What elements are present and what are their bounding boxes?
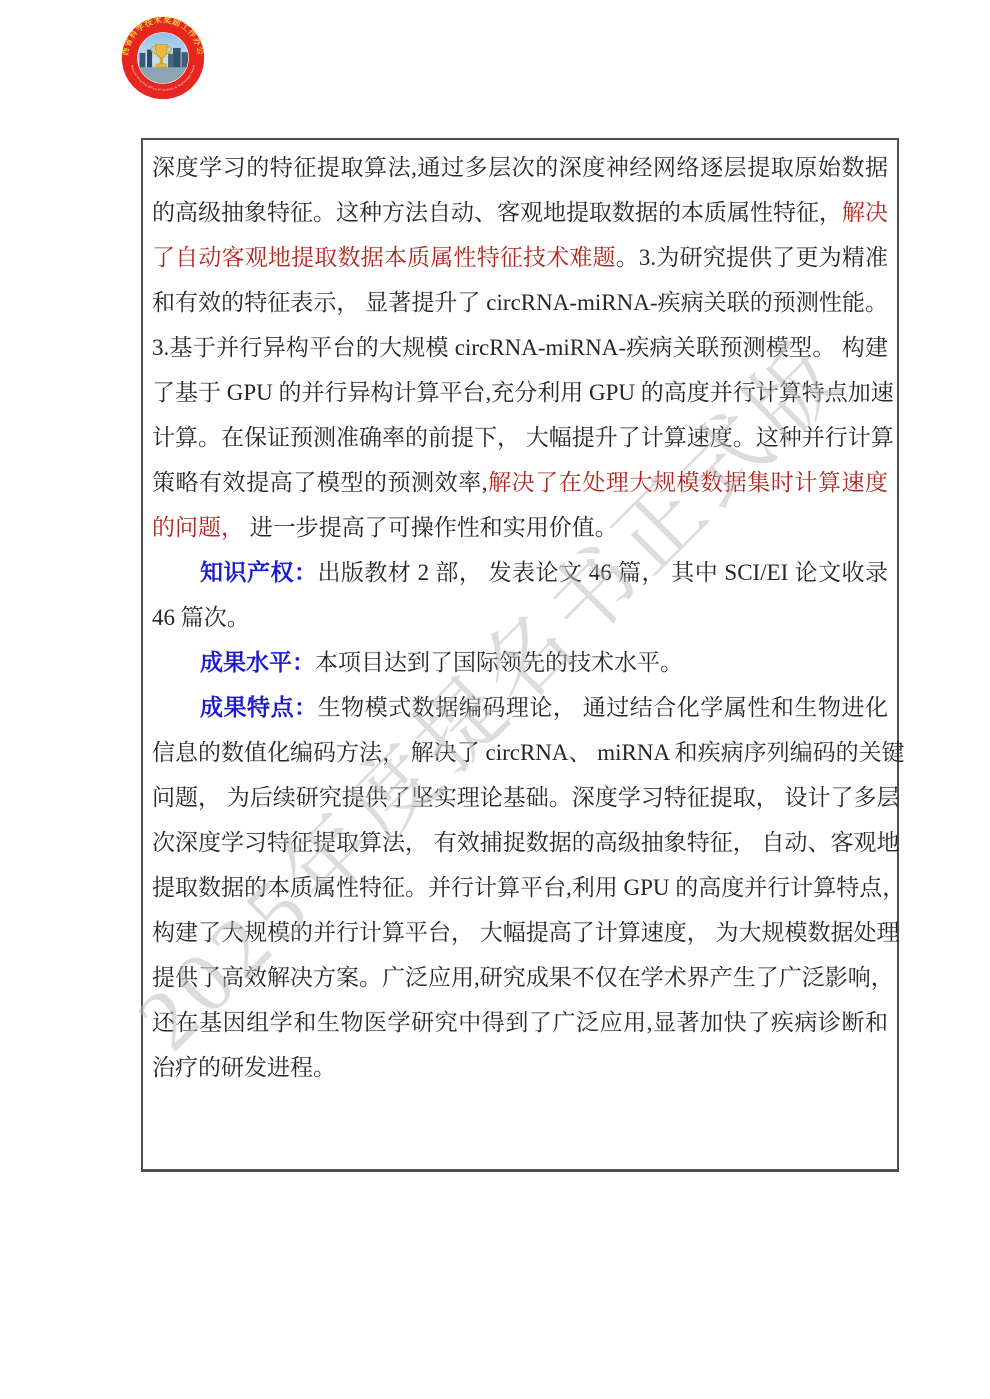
text-segment-red: 的问题，	[152, 515, 244, 540]
text-segment-body: 提取数据的本质属性特征。并行计算平台,利用 GPU 的高度并行计算特点，	[152, 875, 905, 900]
text-segment-body: 深度学习的特征提取算法,通过多层次的深度神经网络逐层提取原始数据	[152, 155, 888, 180]
text-line-18: 构建了大规模的并行计算平台， 大幅提高了计算速度， 为大规模数据处理	[152, 910, 888, 955]
text-line-10: 知识产权：出版教材 2 部， 发表论文 46 篇， 其中 SCI/EI 论文收录	[152, 550, 888, 595]
office-seal-logo: 陕西省科学技术奖励工作办公室 Shaanxi Province Office O…	[121, 16, 205, 100]
text-line-4: 和有效的特征表示， 显著提升了 circRNA-miRNA-疾病关联的预测性能。	[152, 280, 888, 325]
text-line-11: 46 篇次。	[152, 595, 888, 640]
text-line-8: 策略有效提高了模型的预测效率,解决了在处理大规模数据集时计算速度	[152, 460, 888, 505]
text-segment-body: 。3.为研究提供了更为精准	[616, 245, 888, 270]
text-line-14: 信息的数值化编码方法， 解决了 circRNA、 miRNA 和疾病序列编码的关…	[152, 730, 888, 775]
text-segment-body: 提供了高效解决方案。广泛应用,研究成果不仅在学术界产生了广泛影响，	[152, 965, 894, 990]
text-segment-red: 了自动客观地提取数据本质属性特征技术难题	[152, 245, 616, 270]
text-segment-body: 问题， 为后续研究提供了坚实理论基础。深度学习特征提取， 设计了多层	[152, 785, 900, 810]
text-line-6: 了基于 GPU 的并行异构计算平台,充分利用 GPU 的高度并行计算特点加速	[152, 370, 888, 415]
text-line-13: 成果特点：生物模式数据编码理论， 通过结合化学属性和生物进化	[152, 685, 888, 730]
text-segment-body: 进一步提高了可操作性和实用价值。	[244, 515, 618, 540]
text-line-5: 3.基于并行异构平台的大规模 circRNA-miRNA-疾病关联预测模型。 构…	[152, 325, 888, 370]
text-line-3: 了自动客观地提取数据本质属性特征技术难题。3.为研究提供了更为精准	[152, 235, 888, 280]
text-segment-blue: 知识产权：	[200, 560, 317, 585]
text-segment-body: 的高级抽象特征。这种方法自动、客观地提取数据的本质属性特征，	[152, 200, 842, 225]
text-segment-body: 策略有效提高了模型的预测效率,	[152, 470, 488, 495]
text-segment-red: 解决	[842, 200, 888, 225]
text-segment-body: 治疗的研发进程。	[152, 1055, 336, 1080]
text-segment-blue: 成果水平：	[200, 650, 315, 675]
text-segment-body: 构建了大规模的并行计算平台， 大幅提高了计算速度， 为大规模数据处理	[152, 920, 900, 945]
text-line-15: 问题， 为后续研究提供了坚实理论基础。深度学习特征提取， 设计了多层	[152, 775, 888, 820]
seal-photo	[138, 33, 188, 83]
text-line-17: 提取数据的本质属性特征。并行计算平台,利用 GPU 的高度并行计算特点，	[152, 865, 888, 910]
text-segment-body: 和有效的特征表示， 显著提升了 circRNA-miRNA-疾病关联的预测性能。	[152, 290, 888, 315]
document-text-cell: 深度学习的特征提取算法,通过多层次的深度神经网络逐层提取原始数据的高级抽象特征。…	[141, 138, 899, 1172]
text-line-7: 计算。在保证预测准确率的前提下， 大幅提升了计算速度。这种并行计算	[152, 415, 888, 460]
text-segment-body: 46 篇次。	[152, 605, 250, 630]
text-line-12: 成果水平：本项目达到了国际领先的技术水平。	[152, 640, 888, 685]
text-line-16: 次深度学习特征提取算法， 有效捕捉数据的高级抽象特征， 自动、客观地	[152, 820, 888, 865]
document-page: 陕西省科学技术奖励工作办公室 Shaanxi Province Office O…	[0, 0, 990, 1399]
text-line-21: 治疗的研发进程。	[152, 1045, 888, 1090]
text-segment-body: 出版教材 2 部， 发表论文 46 篇， 其中 SCI/EI 论文收录	[317, 560, 888, 585]
seal-graphic: 陕西省科学技术奖励工作办公室 Shaanxi Province Office O…	[121, 16, 205, 100]
text-segment-body: 3.基于并行异构平台的大规模 circRNA-miRNA-疾病关联预测模型。 构…	[152, 335, 888, 360]
text-segment-blue: 成果特点：	[200, 695, 318, 720]
text-line-19: 提供了高效解决方案。广泛应用,研究成果不仅在学术界产生了广泛影响，	[152, 955, 888, 1000]
text-segment-body: 还在基因组学和生物医学研究中得到了广泛应用,显著加快了疾病诊断和	[152, 1010, 888, 1035]
text-segment-body: 了基于 GPU 的并行异构计算平台,充分利用 GPU 的高度并行计算特点加速	[152, 380, 894, 405]
text-line-20: 还在基因组学和生物医学研究中得到了广泛应用,显著加快了疾病诊断和	[152, 1000, 888, 1045]
text-segment-body: 计算。在保证预测准确率的前提下， 大幅提升了计算速度。这种并行计算	[152, 425, 894, 450]
text-line-1: 深度学习的特征提取算法,通过多层次的深度神经网络逐层提取原始数据	[152, 145, 888, 190]
text-segment-red: 解决了在处理大规模数据集时计算速度	[488, 470, 888, 495]
text-line-2: 的高级抽象特征。这种方法自动、客观地提取数据的本质属性特征，解决	[152, 190, 888, 235]
text-line-9: 的问题， 进一步提高了可操作性和实用价值。	[152, 505, 888, 550]
text-segment-body: 生物模式数据编码理论， 通过结合化学属性和生物进化	[318, 695, 888, 720]
text-segment-body: 本项目达到了国际领先的技术水平。	[315, 650, 683, 675]
text-segment-body: 次深度学习特征提取算法， 有效捕捉数据的高级抽象特征， 自动、客观地	[152, 830, 900, 855]
text-segment-body: 信息的数值化编码方法， 解决了 circRNA、 miRNA 和疾病序列编码的关…	[152, 740, 905, 765]
